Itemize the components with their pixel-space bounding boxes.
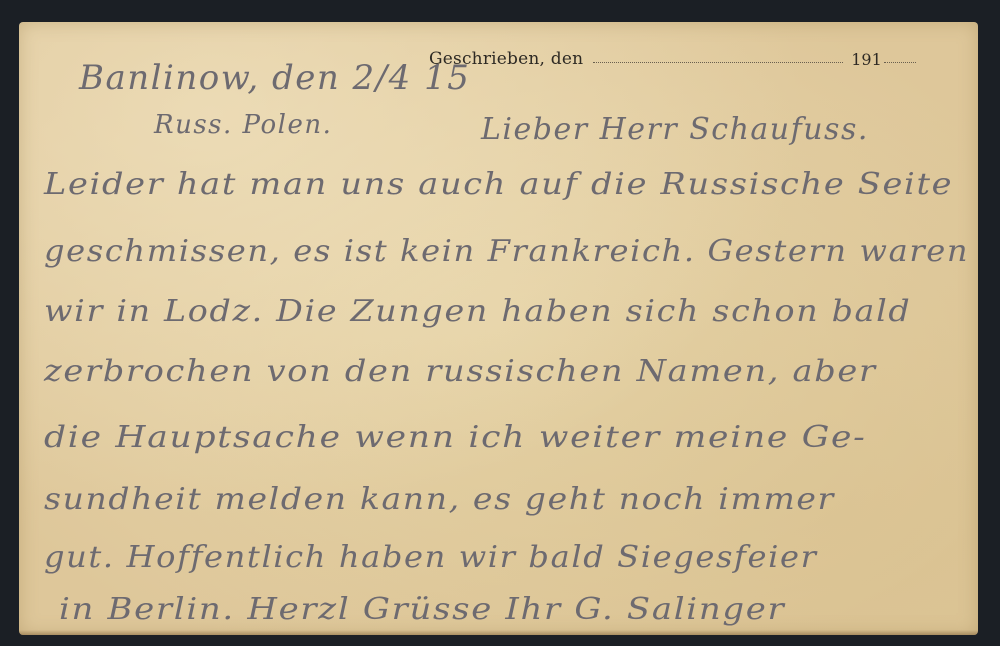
year-prefix: 191 <box>851 50 882 69</box>
handwritten-line-8: in Berlin. Herzl Grüsse Ihr G. Salinger <box>59 592 785 627</box>
printed-header: Geschrieben, den 191 <box>429 43 944 69</box>
handwritten-place-date: Banlinow, den 2/4 15 <box>79 58 470 98</box>
handwritten-salutation: Lieber Herr Schaufuss. <box>481 112 869 147</box>
year-dotted-line <box>884 62 916 63</box>
handwritten-line-7: gut. Hoffentlich haben wir bald Siegesfe… <box>44 540 818 575</box>
handwritten-line-1: Leider hat man uns auch auf die Russisch… <box>44 167 953 202</box>
date-dotted-line <box>593 62 843 63</box>
postcard: Geschrieben, den 191 Banlinow, den 2/4 1… <box>19 22 978 635</box>
handwritten-region: Russ. Polen. <box>154 110 332 140</box>
handwritten-line-5: die Hauptsache wenn ich weiter meine Ge- <box>44 420 867 455</box>
handwritten-line-2: geschmissen, es ist kein Frankreich. Ges… <box>44 234 969 269</box>
handwritten-line-6: sundheit melden kann, es geht noch immer <box>44 482 835 517</box>
handwritten-line-4: zerbrochen von den russischen Namen, abe… <box>44 354 877 389</box>
handwritten-line-3: wir in Lodz. Die Zungen haben sich schon… <box>44 294 911 329</box>
